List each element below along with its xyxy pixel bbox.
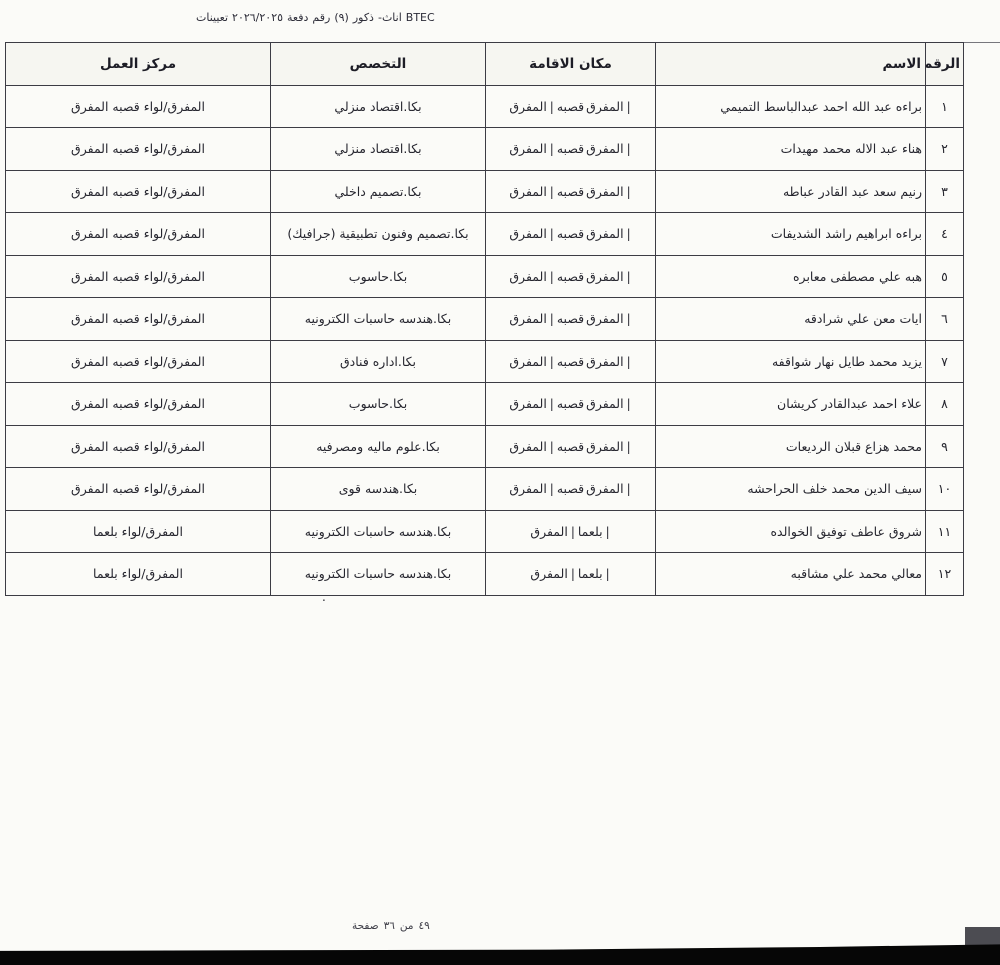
cell-residence: المفرق|قصبهالمفرق| bbox=[486, 340, 656, 383]
residence-segment: المفرق bbox=[509, 311, 546, 326]
cell-row-number: ٨ bbox=[926, 383, 964, 426]
cell-row-number: ٧ bbox=[926, 340, 964, 383]
footer-segment: صفحة bbox=[352, 920, 379, 932]
cell-work-center: المفرق/لواء قصبه المفرق bbox=[6, 213, 271, 256]
cell-specialization: بكا.اداره فنادق bbox=[271, 340, 486, 383]
residence-segment: المفرق bbox=[509, 99, 546, 114]
residence-segment: | bbox=[627, 100, 631, 114]
cell-residence: المفرق|قصبهالمفرق| bbox=[486, 85, 656, 128]
residence-segment: قصبه bbox=[557, 439, 584, 454]
residence-segment: المفرق bbox=[509, 184, 546, 199]
table-row: ٧يزيد محمد طايل نهار شواقفهالمفرق|قصبهال… bbox=[6, 340, 964, 383]
cell-row-number: ٣ bbox=[926, 170, 964, 213]
residence-segment: | bbox=[627, 270, 631, 284]
table-row: ٦ايات معن علي شرادقهالمفرق|قصبهالمفرق|بك… bbox=[6, 298, 964, 341]
residence-segment: | bbox=[550, 185, 554, 199]
residence-segment: قصبه bbox=[557, 99, 584, 114]
cell-work-center: المفرق/لواء بلعما bbox=[6, 510, 271, 553]
cell-row-number: ١٢ bbox=[926, 553, 964, 596]
residence-segment: المفرق bbox=[586, 226, 623, 241]
table-row: ٩محمد هزاع قبلان الرديعاتالمفرق|قصبهالمف… bbox=[6, 425, 964, 468]
table-row: ٥هبه علي مصطفى معابرهالمفرق|قصبهالمفرق|ب… bbox=[6, 255, 964, 298]
residence-segment: المفرق bbox=[586, 184, 623, 199]
cell-row-number: ١١ bbox=[926, 510, 964, 553]
cell-specialization: بكا.هندسه حاسبات الكترونيه bbox=[271, 298, 486, 341]
cell-specialization: بكا.اقتصاد منزلي bbox=[271, 128, 486, 171]
residence-segment: المفرق bbox=[586, 99, 623, 114]
residence-segment: | bbox=[606, 567, 610, 581]
residence-segment: | bbox=[550, 142, 554, 156]
residence-segment: | bbox=[550, 355, 554, 369]
title-segment: ذكور bbox=[353, 11, 374, 24]
cell-residence: المفرق|قصبهالمفرق| bbox=[486, 425, 656, 468]
cell-work-center: المفرق/لواء قصبه المفرق bbox=[6, 170, 271, 213]
title-segment: (٩) bbox=[334, 11, 349, 24]
residence-segment: المفرق bbox=[509, 439, 546, 454]
residence-segment: | bbox=[550, 270, 554, 284]
residence-segment: المفرق bbox=[509, 354, 546, 369]
cell-name: علاء احمد عبدالقادر كريشان bbox=[656, 383, 926, 426]
cell-specialization: بكا.حاسوب bbox=[271, 383, 486, 426]
cell-work-center: المفرق/لواء بلعما bbox=[6, 553, 271, 596]
cell-row-number: ٦ bbox=[926, 298, 964, 341]
residence-segment: | bbox=[571, 567, 575, 581]
cell-specialization: بكا.علوم ماليه ومصرفيه bbox=[271, 425, 486, 468]
cell-residence: المفرق|بلعما| bbox=[486, 510, 656, 553]
residence-segment: | bbox=[550, 312, 554, 326]
residence-segment: | bbox=[627, 482, 631, 496]
cell-specialization: بكا.هندسه حاسبات الكترونيه bbox=[271, 510, 486, 553]
cell-name: سيف الدين محمد خلف الحراحشه bbox=[656, 468, 926, 511]
cell-residence: المفرق|بلعما| bbox=[486, 553, 656, 596]
residence-segment: قصبه bbox=[557, 311, 584, 326]
title-segment: دفعة bbox=[287, 11, 308, 24]
table-row: ٢هناء عبد الاله محمد مهيداتالمفرق|قصبهال… bbox=[6, 128, 964, 171]
table-row: ٣رنيم سعد عبد القادر عباطهالمفرق|قصبهالم… bbox=[6, 170, 964, 213]
cell-residence: المفرق|قصبهالمفرق| bbox=[486, 383, 656, 426]
table-row: ١١شروق عاطف توفيق الخوالدهالمفرق|بلعما|ب… bbox=[6, 510, 964, 553]
residence-segment: | bbox=[550, 227, 554, 241]
cell-work-center: المفرق/لواء قصبه المفرق bbox=[6, 383, 271, 426]
residence-segment: المفرق bbox=[530, 524, 567, 539]
cell-residence: المفرق|قصبهالمفرق| bbox=[486, 213, 656, 256]
cell-specialization: بكا.هندسه قوى bbox=[271, 468, 486, 511]
title-segment: تعيينات bbox=[196, 11, 228, 24]
residence-segment: قصبه bbox=[557, 269, 584, 284]
table-body: ١براءه عبد الله احمد عبدالباسط التميميال… bbox=[6, 85, 964, 595]
residence-segment: المفرق bbox=[586, 396, 623, 411]
cell-specialization: بكا.تصميم وفنون تطبيقية (جرافيك) bbox=[271, 213, 486, 256]
residence-segment: قصبه bbox=[557, 184, 584, 199]
residence-segment: قصبه bbox=[557, 396, 584, 411]
cell-row-number: ٤ bbox=[926, 213, 964, 256]
footer-segment: ٣٦ bbox=[384, 920, 395, 932]
table-row: ١٢معالي محمد علي مشاقبهالمفرق|بلعما|بكا.… bbox=[6, 553, 964, 596]
cell-row-number: ١ bbox=[926, 85, 964, 128]
cell-name: معالي محمد علي مشاقبه bbox=[656, 553, 926, 596]
footer-segment: من bbox=[400, 920, 414, 932]
residence-segment: المفرق bbox=[586, 481, 623, 496]
scanned-document-page: تعيينات٢٠٢٦/٢٠٢٥دفعةرقم(٩)ذكور-اناثBTEC … bbox=[0, 0, 1000, 965]
cell-residence: المفرق|قصبهالمفرق| bbox=[486, 170, 656, 213]
residence-segment: المفرق bbox=[509, 141, 546, 156]
cell-row-number: ١٠ bbox=[926, 468, 964, 511]
residence-segment: | bbox=[627, 312, 631, 326]
cell-residence: المفرق|قصبهالمفرق| bbox=[486, 255, 656, 298]
table-row: ٨علاء احمد عبدالقادر كريشانالمفرق|قصبهال… bbox=[6, 383, 964, 426]
residence-segment: | bbox=[627, 227, 631, 241]
appointments-table: الرقمالاسممكان الاقامةالتخصصمركز العمل ١… bbox=[5, 42, 964, 596]
residence-segment: | bbox=[571, 525, 575, 539]
table-header-row: الرقمالاسممكان الاقامةالتخصصمركز العمل bbox=[6, 43, 964, 86]
column-header-spec: التخصص bbox=[271, 43, 486, 86]
column-header-res: مكان الاقامة bbox=[486, 43, 656, 86]
cell-specialization: بكا.هندسه حاسبات الكترونيه bbox=[271, 553, 486, 596]
residence-segment: | bbox=[627, 355, 631, 369]
cell-work-center: المفرق/لواء قصبه المفرق bbox=[6, 128, 271, 171]
residence-segment: المفرق bbox=[586, 439, 623, 454]
cell-residence: المفرق|قصبهالمفرق| bbox=[486, 468, 656, 511]
cell-name: ايات معن علي شرادقه bbox=[656, 298, 926, 341]
scan-bottom-edge bbox=[0, 943, 1000, 965]
residence-segment: المفرق bbox=[586, 141, 623, 156]
residence-segment: المفرق bbox=[509, 396, 546, 411]
residence-segment: | bbox=[606, 525, 610, 539]
table-row: ١براءه عبد الله احمد عبدالباسط التميميال… bbox=[6, 85, 964, 128]
residence-segment: قصبه bbox=[557, 481, 584, 496]
cell-name: براءه عبد الله احمد عبدالباسط التميمي bbox=[656, 85, 926, 128]
residence-segment: المفرق bbox=[530, 566, 567, 581]
residence-segment: المفرق bbox=[509, 269, 546, 284]
cell-residence: المفرق|قصبهالمفرق| bbox=[486, 298, 656, 341]
cell-work-center: المفرق/لواء قصبه المفرق bbox=[6, 468, 271, 511]
residence-segment: المفرق bbox=[586, 354, 623, 369]
cell-row-number: ٩ bbox=[926, 425, 964, 468]
column-header-num: الرقم bbox=[926, 43, 964, 86]
cell-work-center: المفرق/لواء قصبه المفرق bbox=[6, 298, 271, 341]
title-segment: رقم bbox=[312, 11, 330, 24]
cell-work-center: المفرق/لواء قصبه المفرق bbox=[6, 255, 271, 298]
cell-specialization: بكا.اقتصاد منزلي bbox=[271, 85, 486, 128]
stray-dot-artifact: . bbox=[322, 590, 326, 604]
residence-segment: | bbox=[627, 397, 631, 411]
cell-row-number: ٢ bbox=[926, 128, 964, 171]
footer-segment: ٤٩ bbox=[419, 920, 430, 932]
cell-row-number: ٥ bbox=[926, 255, 964, 298]
column-header-name: الاسم bbox=[656, 43, 926, 86]
cell-name: هبه علي مصطفى معابره bbox=[656, 255, 926, 298]
cell-name: براءه ابراهيم راشد الشديفات bbox=[656, 213, 926, 256]
table-row: ٤براءه ابراهيم راشد الشديفاتالمفرق|قصبها… bbox=[6, 213, 964, 256]
column-header-work: مركز العمل bbox=[6, 43, 271, 86]
residence-segment: | bbox=[550, 482, 554, 496]
residence-segment: قصبه bbox=[557, 226, 584, 241]
cell-residence: المفرق|قصبهالمفرق| bbox=[486, 128, 656, 171]
residence-segment: المفرق bbox=[586, 311, 623, 326]
table-row: ١٠سيف الدين محمد خلف الحراحشهالمفرق|قصبه… bbox=[6, 468, 964, 511]
cell-work-center: المفرق/لواء قصبه المفرق bbox=[6, 340, 271, 383]
page-number-footer: صفحة٣٦من٤٩ bbox=[352, 920, 430, 932]
residence-segment: | bbox=[627, 440, 631, 454]
residence-segment: بلعما bbox=[578, 566, 603, 581]
cell-name: محمد هزاع قبلان الرديعات bbox=[656, 425, 926, 468]
residence-segment: المفرق bbox=[509, 226, 546, 241]
cell-work-center: المفرق/لواء قصبه المفرق bbox=[6, 425, 271, 468]
document-title: تعيينات٢٠٢٦/٢٠٢٥دفعةرقم(٩)ذكور-اناثBTEC bbox=[196, 11, 466, 24]
title-segment: BTEC bbox=[406, 11, 435, 24]
residence-segment: | bbox=[550, 440, 554, 454]
cell-name: شروق عاطف توفيق الخوالده bbox=[656, 510, 926, 553]
residence-segment: المفرق bbox=[509, 481, 546, 496]
cell-name: هناء عبد الاله محمد مهيدات bbox=[656, 128, 926, 171]
residence-segment: | bbox=[550, 397, 554, 411]
residence-segment: | bbox=[627, 185, 631, 199]
residence-segment: المفرق bbox=[586, 269, 623, 284]
residence-segment: | bbox=[550, 100, 554, 114]
cell-work-center: المفرق/لواء قصبه المفرق bbox=[6, 85, 271, 128]
cell-specialization: بكا.تصميم داخلي bbox=[271, 170, 486, 213]
cell-name: يزيد محمد طايل نهار شواقفه bbox=[656, 340, 926, 383]
cell-specialization: بكا.حاسوب bbox=[271, 255, 486, 298]
scan-artifact-line bbox=[962, 42, 1000, 43]
residence-segment: قصبه bbox=[557, 354, 584, 369]
residence-segment: بلعما bbox=[578, 524, 603, 539]
residence-segment: | bbox=[627, 142, 631, 156]
residence-segment: قصبه bbox=[557, 141, 584, 156]
title-segment: -اناث bbox=[378, 11, 402, 24]
title-segment: ٢٠٢٦/٢٠٢٥ bbox=[232, 11, 283, 24]
cell-name: رنيم سعد عبد القادر عباطه bbox=[656, 170, 926, 213]
